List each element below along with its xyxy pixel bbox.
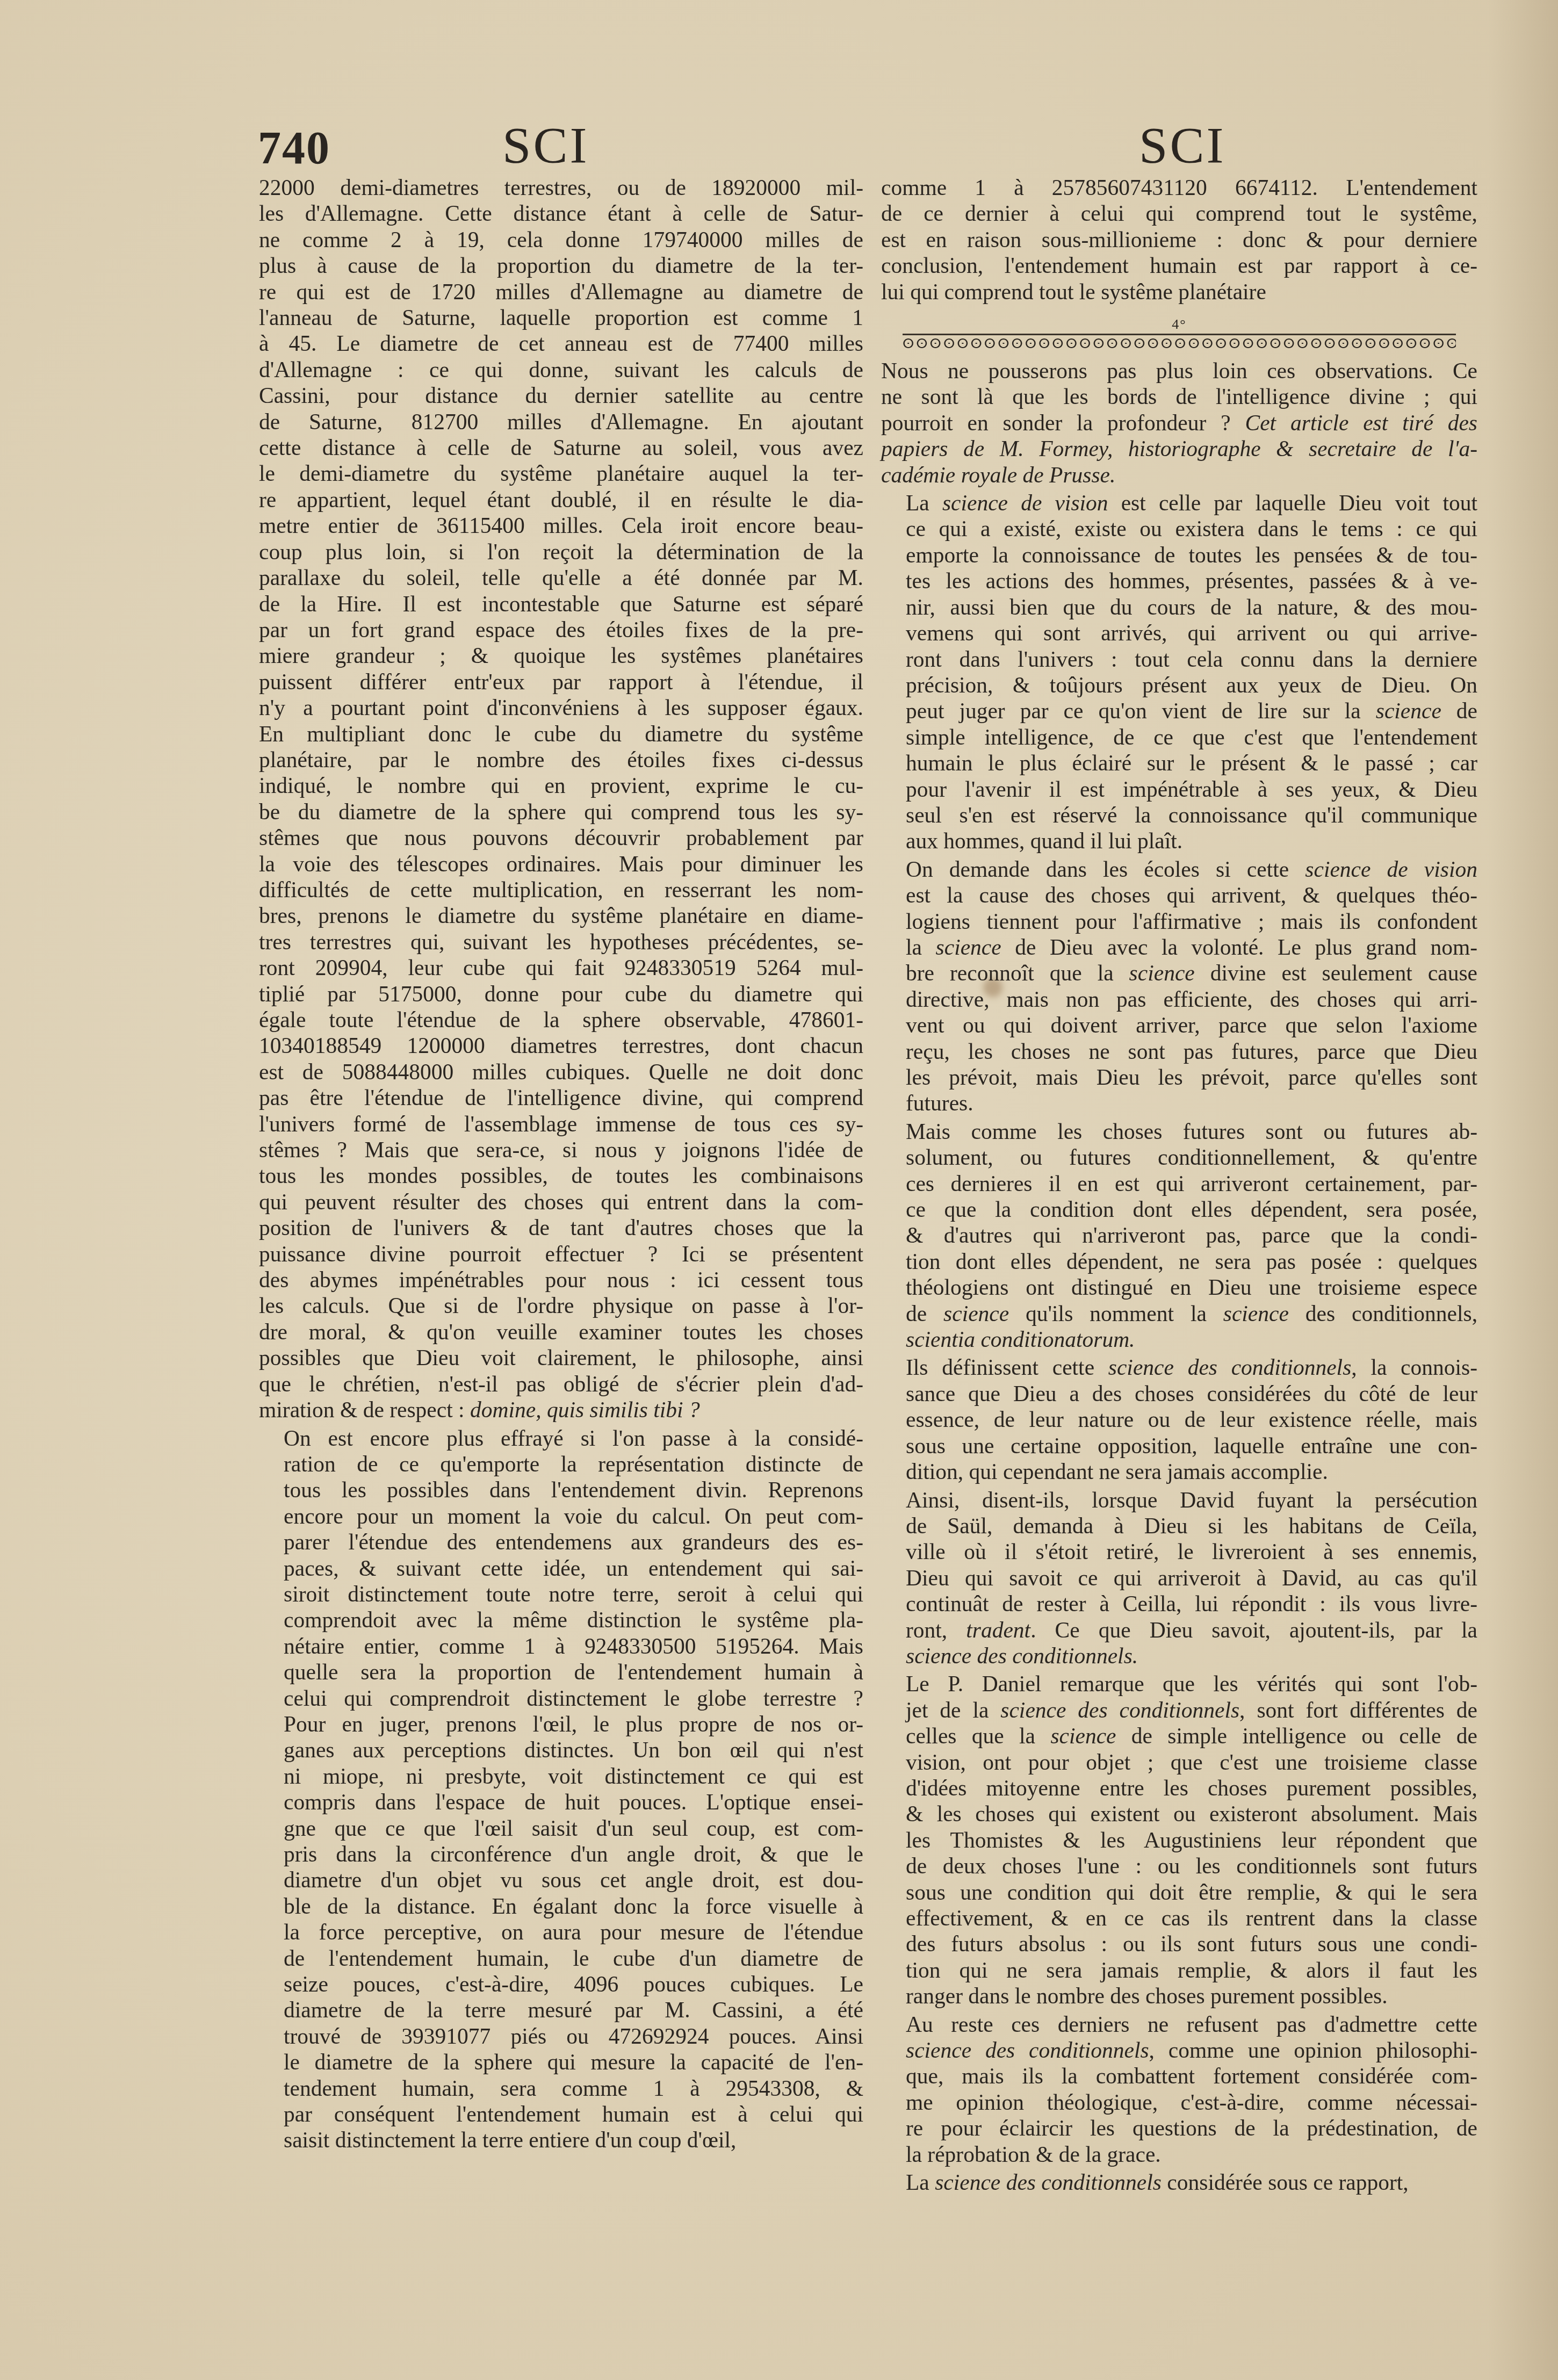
text-line: pourroit en sonder la profondeur ? Cet a… [881, 410, 1477, 436]
running-head-right: SCI [1139, 116, 1225, 175]
text-line: simple intelligence, de ce que c'est que… [881, 724, 1477, 750]
signature-mark: 4° [903, 316, 1456, 333]
text-line: précision, & toûjours présent aux yeux d… [881, 672, 1477, 698]
text-line: comprendoit avec la même distinction le … [259, 1607, 863, 1633]
text-line: par conséquent l'entendement humain est … [259, 2101, 863, 2127]
text-line: nétaire entier, comme 1 à 9248330500 519… [259, 1633, 863, 1659]
page-header: 740 SCI SCI [258, 121, 1472, 180]
text-line: seul s'en est réservé la connoissance qu… [881, 802, 1477, 828]
text-line: parer l'étendue des entendemens aux gran… [259, 1529, 863, 1555]
text-line: ville où il s'étoit retiré, le livreroie… [881, 1539, 1477, 1564]
text-line: 10340188549 1200000 diametres terrestres… [259, 1033, 863, 1058]
text-line: science des conditionnels. [881, 1643, 1477, 1669]
text-line: des abymes impénétrables pour nous : ici… [259, 1267, 863, 1293]
text-line: emporte la connoissance de toutes les pe… [881, 542, 1477, 568]
text-line: gne que ce que l'œil saisit d'un seul co… [259, 1815, 863, 1841]
paragraph: On est encore plus effrayé si l'on passe… [259, 1425, 863, 2153]
text-line: planétaire, par le nombre des étoiles fi… [259, 747, 863, 773]
text-line: que, mais ils la combattent fortement co… [881, 2063, 1477, 2089]
right-column-continuation: comme 1 à 25785607431120 6674112. L'ente… [881, 175, 1477, 305]
text-line: On est encore plus effrayé si l'on passe… [259, 1425, 863, 1451]
text-line: Cassini, pour distance du dernier satell… [259, 383, 863, 408]
paragraph: Le P. Daniel remarque que les vérités qu… [881, 1671, 1477, 2009]
text-line: me opinion théologique, c'est-à-dire, co… [881, 2089, 1477, 2115]
text-line: puissance divine pourroit effectuer ? Ic… [259, 1241, 863, 1267]
italic-text: science de vision [1305, 857, 1477, 882]
text-line: le diametre de la sphere qui mesure la c… [259, 2049, 863, 2075]
text-line: l'univers formé de l'assemblage immense … [259, 1111, 863, 1137]
text-line: comme 1 à 25785607431120 6674112. L'ente… [881, 175, 1477, 200]
text-line: pas être l'étendue de l'intelligence div… [259, 1085, 863, 1110]
text-line: est la cause des choses qui arrivent, & … [881, 882, 1477, 908]
text-line: de science qu'ils nomment la science des… [881, 1301, 1477, 1326]
text-line: coup plus loin, si l'on reçoit la déterm… [259, 539, 863, 565]
italic-text: science [1050, 1723, 1116, 1748]
text-line: la voie des télescopes ordinaires. Mais … [259, 851, 863, 877]
text-line: ce qui a existé, existe ou existera dans… [881, 516, 1477, 542]
paragraph: Au reste ces derniers ne refusent pas d'… [881, 2011, 1477, 2167]
italic-text: Cet article est tiré des [1245, 410, 1478, 435]
text-line: celles que la science de simple intellig… [881, 1723, 1477, 1749]
text-line: la science de Dieu avec la volonté. Le p… [881, 934, 1477, 960]
text-line: est en raison sous-millionieme : donc & … [881, 227, 1477, 253]
text-line: sous une condition qui doit être remplie… [881, 1879, 1477, 1905]
text-line: sous une certaine opposition, laquelle e… [881, 1433, 1477, 1459]
text-line: ront dans l'univers : tout cela connu da… [881, 646, 1477, 672]
text-line: ront, tradent. Ce que Dieu savoit, ajout… [881, 1617, 1477, 1643]
text-line: théologiens ont distingué en Dieu une tr… [881, 1274, 1477, 1300]
text-line: ce que la condition dont elles dépendent… [881, 1196, 1477, 1222]
text-line: Mais comme les choses futures sont ou fu… [881, 1119, 1477, 1144]
text-line: papiers de M. Formey, historiographe & s… [881, 436, 1477, 461]
text-line: de ce dernier à celui qui comprend tout … [881, 200, 1477, 226]
text-line: bre reconnoît que la science divine est … [881, 960, 1477, 986]
text-line: ration de ce qu'emporte la représentatio… [259, 1451, 863, 1477]
text-line: Nous ne pousserons pas plus loin ces obs… [881, 358, 1477, 384]
text-line: puissent différer entr'eux par rapport à… [259, 669, 863, 695]
text-line: sance que Dieu a des choses considérées … [881, 1381, 1477, 1407]
text-line: vemens qui sont arrivés, qui arrivent ou… [881, 620, 1477, 646]
paragraph: La science de vision est celle par laque… [881, 490, 1477, 854]
text-line: la force perceptive, on aura pour mesure… [259, 1919, 863, 1945]
text-line: celui qui comprendroit distinctement le … [259, 1685, 863, 1711]
text-line: de l'entendement humain, le cube d'un di… [259, 1945, 863, 1971]
text-line: Au reste ces derniers ne refusent pas d'… [881, 2011, 1477, 2037]
text-line: tres terrestres qui, suivant les hypothe… [259, 929, 863, 955]
text-line: les calculs. Que si de l'ordre physique … [259, 1293, 863, 1318]
text-line: égale toute l'étendue de la sphere obser… [259, 1007, 863, 1033]
text-line: miration & de respect : domine, quis sim… [259, 1397, 863, 1423]
text-line: d'idées mitoyenne entre les choses purem… [881, 1775, 1477, 1801]
text-line: tous les mondes possibles, de toutes les… [259, 1163, 863, 1188]
text-line: & d'autres qui n'arriveront pas, parce q… [881, 1222, 1477, 1248]
text-line: reçu, les choses ne sont pas futures, pa… [881, 1038, 1477, 1064]
text-line: possibles que Dieu voit clairement, le p… [259, 1345, 863, 1371]
text-line: quelle sera la proportion de l'entendeme… [259, 1659, 863, 1685]
paragraph: 22000 demi-diametres terrestres, ou de 1… [259, 175, 863, 1423]
text-line: tion qui ne sera jamais remplie, & alors… [881, 1957, 1477, 1983]
ornamental-rule: ⵙⵙⵙⵙⵙⵙⵙⵙⵙⵙⵙⵙⵙⵙⵙⵙⵙⵙⵙⵙⵙⵙⵙⵙⵙⵙⵙⵙⵙⵙⵙⵙⵙⵙⵙⵙⵙⵙⵙⵙ… [903, 334, 1456, 352]
text-line: qui peuvent résulter des choses qui entr… [259, 1189, 863, 1215]
text-line: Ils définissent cette science des condit… [881, 1354, 1477, 1380]
text-line: Le P. Daniel remarque que les vérités qu… [881, 1671, 1477, 1697]
text-line: nir, aussi bien que du cours de la natur… [881, 594, 1477, 620]
text-line: Dieu qui savoit ce qui arriveroit à Davi… [881, 1565, 1477, 1591]
italic-text: science [936, 935, 1001, 960]
book-page: 740 SCI SCI 22000 demi-diametres terrest… [0, 0, 1558, 2380]
right-column: comme 1 à 25785607431120 6674112. L'ente… [881, 175, 1477, 2195]
text-line: be du diametre de la sphere qui comprend… [259, 799, 863, 825]
text-line: re pour éclaircir les questions de la pr… [881, 2115, 1477, 2141]
text-line: diametre d'un objet vu sous cet angle dr… [259, 1867, 863, 1893]
text-line: que le chrétien, n'est-il pas obligé de … [259, 1371, 863, 1397]
text-line: de deux choses l'une : ou les conditionn… [881, 1853, 1477, 1879]
running-head-left: SCI [502, 116, 589, 175]
text-line: diametre de la terre mesuré par M. Cassi… [259, 1997, 863, 2023]
text-line: ganes aux perceptions distinctes. Un bon… [259, 1737, 863, 1763]
text-line: de Saül, demanda à Dieu si les habitans … [881, 1513, 1477, 1539]
italic-text: science [1376, 698, 1441, 723]
text-line: le demi-diametre du systême planétaire a… [259, 460, 863, 486]
text-line: ni miope, ni presbyte, voit distinctemen… [259, 1763, 863, 1789]
text-line: conclusion, l'entendement humain est par… [881, 253, 1477, 278]
text-line: tous les possibles dans l'entendement di… [259, 1477, 863, 1503]
text-line: bres, prenons le diametre du systême pla… [259, 903, 863, 928]
text-line: logiens tiennent pour l'affirmative ; ma… [881, 908, 1477, 934]
text-line: & les choses qui existent ou existeront … [881, 1801, 1477, 1827]
page-number: 740 [258, 121, 330, 175]
text-line: La science des conditionnels considérée … [881, 2169, 1477, 2195]
text-line: tion dont elles dépendent, ne sera pas p… [881, 1249, 1477, 1274]
text-line: metre entier de 36115400 milles. Cela ir… [259, 513, 863, 538]
paragraph: Ils définissent cette science des condit… [881, 1354, 1477, 1484]
italic-text: science des conditionnels [1000, 1698, 1239, 1722]
text-line: par un fort grand espace des étoiles fix… [259, 617, 863, 643]
text-line: de la Hire. Il est incontestable que Sat… [259, 591, 863, 617]
text-line: paces, & suivant cette idée, un entendem… [259, 1555, 863, 1581]
text-line: La science de vision est celle par laque… [881, 490, 1477, 516]
italic-text: science des conditionnels [935, 2170, 1162, 2195]
italic-text: scientia conditionatorum. [906, 1327, 1135, 1352]
text-line: ront 209904, leur cube qui fait 92483305… [259, 955, 863, 980]
left-column: 22000 demi-diametres terrestres, ou de 1… [259, 175, 863, 2153]
italic-text: tradent [966, 1618, 1030, 1642]
text-line: est de 5088448000 milles cubiques. Quell… [259, 1059, 863, 1085]
text-line: jet de la science des conditionnels, son… [881, 1697, 1477, 1723]
text-line: miere grandeur ; & quoique les systêmes … [259, 643, 863, 668]
paragraph: On demande dans les écoles si cette scie… [881, 856, 1477, 1116]
text-line: difficultés de cette multiplication, en … [259, 877, 863, 903]
text-line: stêmes ? Mais que sera-ce, si nous y joi… [259, 1137, 863, 1163]
text-line: les d'Allemagne. Cette distance étant à … [259, 200, 863, 226]
text-line: position de l'univers & de tant d'autres… [259, 1215, 863, 1241]
text-line: des futurs absolus : ou ils sont futurs … [881, 1931, 1477, 1957]
text-line: On demande dans les écoles si cette scie… [881, 856, 1477, 882]
text-line: humain le plus éclairé sur le présent & … [881, 750, 1477, 776]
italic-text: science des conditionnels [906, 2038, 1149, 2062]
text-line: n'y a pourtant point d'inconvéniens à le… [259, 695, 863, 720]
text-line: re qui est de 1720 milles d'Allemagne au… [259, 279, 863, 305]
italic-text: science des conditionnels [1108, 1355, 1352, 1380]
text-line: cette distance à celle de Saturne au sol… [259, 435, 863, 460]
text-line: tiplié par 5175000, donne pour cube du d… [259, 981, 863, 1007]
italic-text: cadémie royale de Prusse. [881, 463, 1115, 487]
text-line: encore pour un moment la voie du calcul.… [259, 1503, 863, 1529]
text-line: cadémie royale de Prusse. [881, 462, 1477, 488]
paragraph: Mais comme les choses futures sont ou fu… [881, 1119, 1477, 1353]
text-line: de Saturne, 812700 milles d'Allemagne. E… [259, 409, 863, 435]
text-line: dre moral, & qu'on veuille examiner tout… [259, 1319, 863, 1345]
text-line: re appartient, lequel étant doublé, il e… [259, 487, 863, 513]
text-line: lui qui comprend tout le systême planéta… [881, 279, 1477, 305]
text-line: ne sont là que les bords de l'intelligen… [881, 384, 1477, 409]
text-line: la réprobation & de la grace. [881, 2141, 1477, 2167]
text-line: directive, mais non pas efficiente, des … [881, 986, 1477, 1012]
text-line: continuât de rester à Ceilla, lui répond… [881, 1591, 1477, 1617]
text-line: pour l'avenir il est impénétrable à ses … [881, 776, 1477, 802]
text-line: plus à cause de la proportion du diametr… [259, 253, 863, 278]
text-line: les Thomistes & les Augustiniens leur ré… [881, 1827, 1477, 1853]
text-line: futures. [881, 1090, 1477, 1116]
section-ornament: 4° ⵙⵙⵙⵙⵙⵙⵙⵙⵙⵙⵙⵙⵙⵙⵙⵙⵙⵙⵙⵙⵙⵙⵙⵙⵙⵙⵙⵙⵙⵙⵙⵙⵙⵙⵙⵙⵙ… [903, 316, 1456, 352]
text-line: effectivement, & en ce cas ils rentrent … [881, 1905, 1477, 1931]
text-line: ble de la distance. En égalant donc la f… [259, 1893, 863, 1919]
page-edge-shadow [1488, 0, 1558, 2380]
text-line: ranger dans le nombre des choses puremen… [881, 1983, 1477, 2009]
text-line: stêmes que nous pouvons découvrir probab… [259, 825, 863, 850]
text-line: trouvé de 39391077 piés ou 472692924 pou… [259, 2023, 863, 2049]
italic-text: papiers de M. Formey, historiographe & s… [881, 436, 1477, 461]
text-line: siroit distinctement toute notre terre, … [259, 1581, 863, 1607]
text-line: saisit distinctement la terre entiere d'… [259, 2127, 863, 2153]
text-line: parallaxe du soleil, telle qu'elle a été… [259, 565, 863, 590]
italic-text: domine, quis similis tibi ? [470, 1397, 700, 1422]
text-line: les prévoit, mais Dieu les prévoit, parc… [881, 1064, 1477, 1090]
text-line: ces dernieres il en est qui arriveront c… [881, 1171, 1477, 1196]
paragraph: Nous ne pousserons pas plus loin ces obs… [881, 358, 1477, 488]
italic-text: science [943, 1301, 1009, 1326]
text-line: seize pouces, c'est-à-dire, 4096 pouces … [259, 1971, 863, 1997]
text-line: compris dans l'espace de huit pouces. L'… [259, 1789, 863, 1815]
paragraph: Ainsi, disent-ils, lorsque David fuyant … [881, 1487, 1477, 1669]
text-line: l'anneau de Saturne, laquelle proportion… [259, 305, 863, 330]
text-line: Pour en juger, prenons l'œil, le plus pr… [259, 1711, 863, 1737]
text-line: dition, qui cependant ne sera jamais acc… [881, 1459, 1477, 1484]
text-line: aux hommes, quand il lui plaît. [881, 828, 1477, 854]
text-line: essence, de leur nature ou de leur exist… [881, 1407, 1477, 1432]
right-column-body: Nous ne pousserons pas plus loin ces obs… [881, 358, 1477, 2195]
text-line: pris dans la circonférence d'un angle dr… [259, 1841, 863, 1867]
italic-text: science [1223, 1301, 1289, 1326]
text-line: solument, ou futures conditionnellement,… [881, 1144, 1477, 1170]
text-line: Ainsi, disent-ils, lorsque David fuyant … [881, 1487, 1477, 1513]
text-line: science des conditionnels, comme une opi… [881, 2037, 1477, 2063]
text-line: ne comme 2 à 19, cela donne 179740000 mi… [259, 227, 863, 253]
text-line: vent ou qui doivent arriver, parce que s… [881, 1012, 1477, 1038]
italic-text: science [1129, 961, 1195, 985]
text-line: d'Allemagne : ce qui donne, suivant les … [259, 357, 863, 383]
italic-text: science de vision [942, 491, 1108, 515]
text-line: à 45. Le diametre de cet anneau est de 7… [259, 330, 863, 356]
text-line: tendement humain, sera comme 1 à 2954330… [259, 2075, 863, 2101]
text-line: 22000 demi-diametres terrestres, ou de 1… [259, 175, 863, 200]
italic-text: science des conditionnels. [906, 1643, 1138, 1668]
text-line: tes les actions des hommes, présentes, p… [881, 568, 1477, 594]
text-line: En multipliant donc le cube du diametre … [259, 721, 863, 747]
text-line: peut juger par ce qu'on vient de lire su… [881, 698, 1477, 724]
text-line: scientia conditionatorum. [881, 1326, 1477, 1352]
paragraph: comme 1 à 25785607431120 6674112. L'ente… [881, 175, 1477, 305]
text-line: indiqué, le nombre qui en provient, expr… [259, 773, 863, 798]
text-line: vision, ont pour objet ; que c'est une t… [881, 1749, 1477, 1775]
paragraph: La science des conditionnels considérée … [881, 2169, 1477, 2195]
